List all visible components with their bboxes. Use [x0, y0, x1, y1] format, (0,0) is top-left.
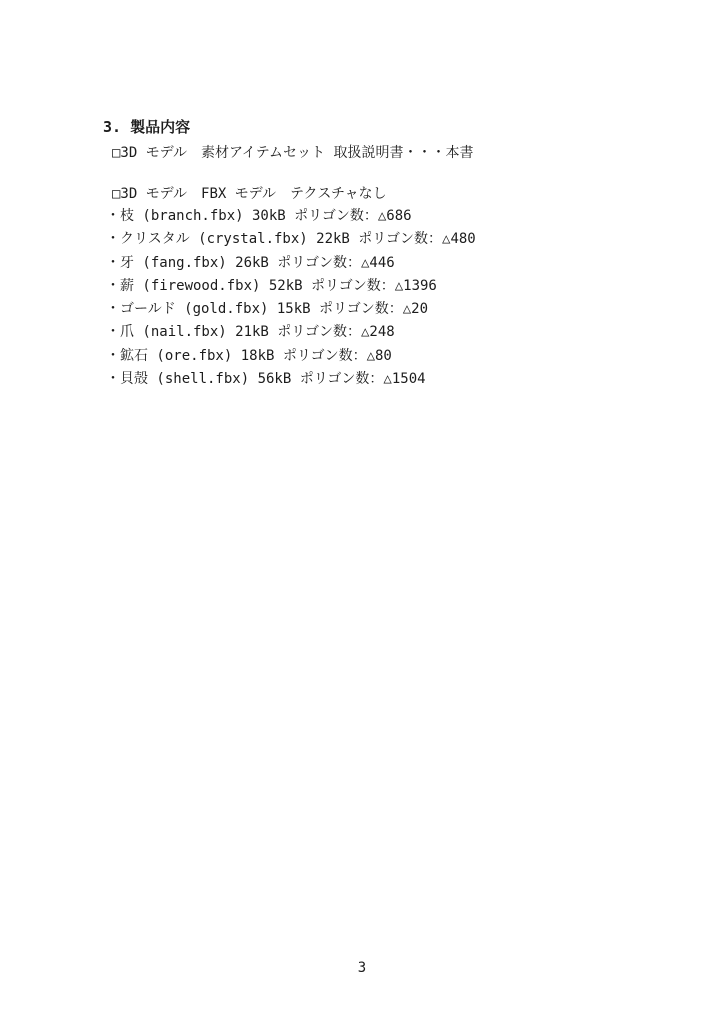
- list-item: ・爪 (nail.fbx) 21kB ポリゴン数：△248: [106, 321, 476, 344]
- fbx-model-line: □3D モデル FBX モデル テクスチャなし: [112, 186, 387, 203]
- list-item: ・クリスタル (crystal.fbx) 22kB ポリゴン数：△480: [106, 228, 476, 251]
- list-item: ・貝殻 (shell.fbx) 56kB ポリゴン数：△1504: [106, 368, 476, 391]
- list-item: ・牙 (fang.fbx) 26kB ポリゴン数：△446: [106, 252, 476, 275]
- list-item: ・ゴールド (gold.fbx) 15kB ポリゴン数：△20: [106, 298, 476, 321]
- document-page: 3. 製品内容 □3D モデル 素材アイテムセット 取扱説明書・・・本書 □3D…: [0, 0, 724, 1024]
- list-item: ・枝 (branch.fbx) 30kB ポリゴン数：△686: [106, 205, 476, 228]
- page-number: 3: [0, 960, 724, 977]
- section-heading: 3. 製品内容: [103, 119, 190, 136]
- list-item: ・薪 (firewood.fbx) 52kB ポリゴン数：△1396: [106, 275, 476, 298]
- model-item-list: ・枝 (branch.fbx) 30kB ポリゴン数：△686 ・クリスタル (…: [106, 205, 476, 391]
- manual-line: □3D モデル 素材アイテムセット 取扱説明書・・・本書: [112, 145, 473, 162]
- list-item: ・鉱石 (ore.fbx) 18kB ポリゴン数：△80: [106, 345, 476, 368]
